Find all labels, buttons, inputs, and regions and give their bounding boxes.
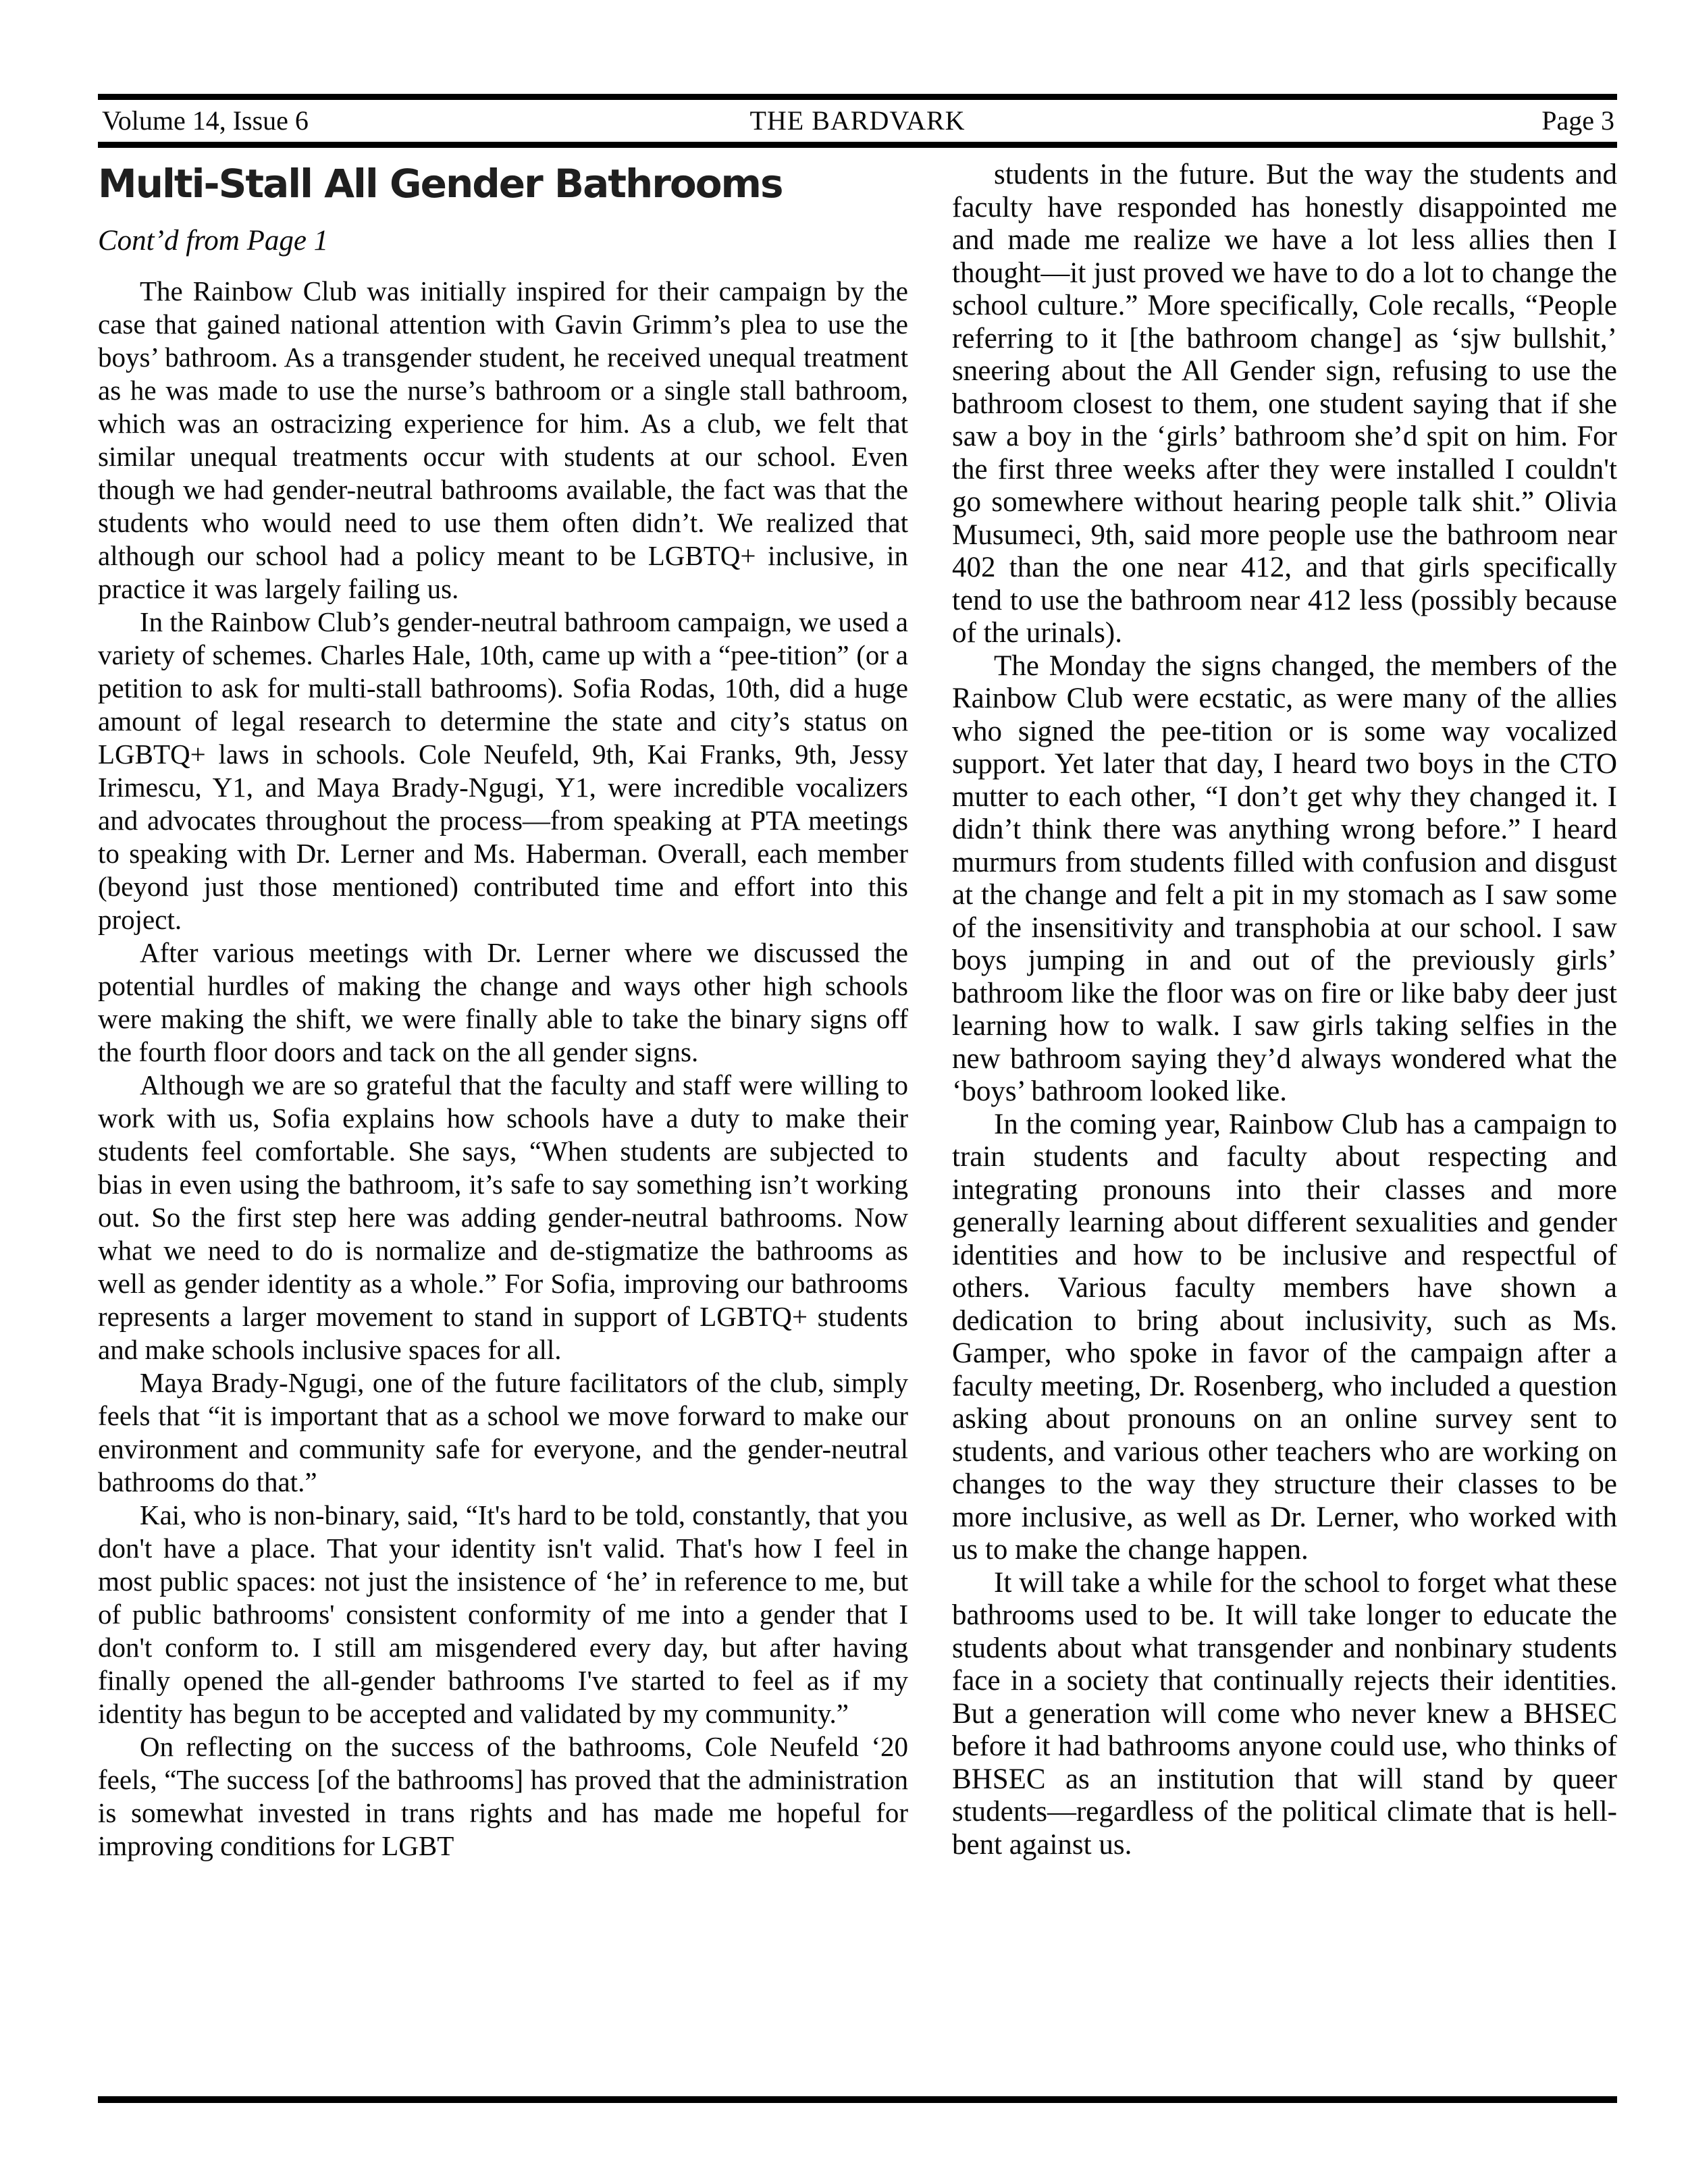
- right-column-text: students in the future. But the way the …: [952, 159, 1617, 1861]
- header-masthead: THE BARDVARK: [98, 100, 1617, 142]
- paragraph: Maya Brady-Ngugi, one of the future faci…: [98, 1366, 908, 1499]
- left-column-text: The Rainbow Club was initially inspired …: [98, 275, 908, 1863]
- header-rule-top: [98, 94, 1617, 100]
- paragraph: In the Rainbow Club’s gender-neutral bat…: [98, 606, 908, 936]
- paragraph: The Rainbow Club was initially inspired …: [98, 275, 908, 606]
- header-page-number: Page 3: [1541, 100, 1614, 142]
- page-content: Volume 14, Issue 6 THE BARDVARK Page 3 M…: [98, 0, 1617, 1863]
- paragraph: In the coming year, Rainbow Club has a c…: [952, 1109, 1617, 1567]
- header-rule-bottom: [98, 142, 1617, 148]
- paragraph: The Monday the signs changed, the member…: [952, 650, 1617, 1109]
- paragraph: On reflecting on the success of the bath…: [98, 1730, 908, 1863]
- right-column: students in the future. But the way the …: [952, 157, 1617, 1863]
- page-header: Volume 14, Issue 6 THE BARDVARK Page 3: [98, 100, 1617, 142]
- newspaper-page: Volume 14, Issue 6 THE BARDVARK Page 3 M…: [0, 0, 1688, 2184]
- article-columns: Multi-Stall All Gender Bathrooms Cont’d …: [98, 157, 1617, 1863]
- left-column: Multi-Stall All Gender Bathrooms Cont’d …: [98, 157, 908, 1863]
- paragraph: After various meetings with Dr. Lerner w…: [98, 936, 908, 1069]
- paragraph: Kai, who is non-binary, said, “It's hard…: [98, 1499, 908, 1730]
- article-title: Multi-Stall All Gender Bathrooms: [98, 161, 908, 207]
- paragraph: Although we are so grateful that the fac…: [98, 1069, 908, 1366]
- paragraph: students in the future. But the way the …: [952, 159, 1617, 650]
- bottom-rule: [98, 2096, 1617, 2103]
- continuation-note: Cont’d from Page 1: [98, 224, 908, 257]
- paragraph: It will take a while for the school to f…: [952, 1567, 1617, 1862]
